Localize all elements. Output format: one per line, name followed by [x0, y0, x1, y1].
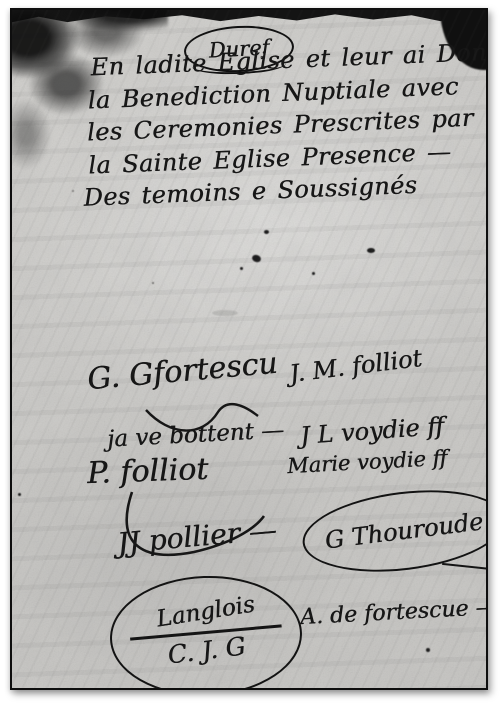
- signature-marie-voydie: Marie voydie ff: [286, 446, 447, 478]
- ink-speckle: [152, 282, 154, 284]
- body-text: En ladite Eglise et leur ai Donné la Ben…: [74, 37, 488, 216]
- ink-speckle: [367, 248, 375, 253]
- document-page: Duref En ladite Eglise et leur ai Donné …: [10, 8, 488, 690]
- circled-signature-thouroude: G Thouroude: [298, 480, 488, 582]
- ink-speckle: [72, 190, 74, 192]
- ink-speckle: [312, 272, 315, 275]
- signature-a-fortescue: A. de fortescue —: [299, 595, 488, 630]
- ink-speckle: [240, 267, 243, 270]
- signature-langlois: Langlois: [154, 591, 256, 632]
- signature-langlois-initials: C. J. G: [166, 631, 247, 669]
- signature-g-fortescu: G. Gfortescu: [86, 346, 279, 397]
- signature-thouroude: G Thouroude: [323, 507, 484, 554]
- signature-jm-folliot: J. M. folliot: [288, 344, 424, 388]
- circled-signature-langlois: Langlois C. J. G: [108, 573, 304, 690]
- signature-jl-voydie: J L voydie ff: [299, 412, 445, 450]
- scanned-document: Duref En ladite Eglise et leur ai Donné …: [0, 0, 502, 704]
- ink-speckle: [264, 230, 269, 234]
- ink-speckle: [251, 254, 262, 264]
- ink-smudge: [212, 310, 238, 316]
- signature-bottent: ja ve bottent —: [106, 417, 284, 452]
- ink-speckle: [18, 493, 21, 496]
- flourish-thouroude-tail: [442, 563, 488, 571]
- signature-p-folliot: P. folliot: [86, 452, 208, 491]
- ink-speckle: [426, 648, 430, 652]
- signature-pollier: JJ pollier —: [116, 513, 278, 560]
